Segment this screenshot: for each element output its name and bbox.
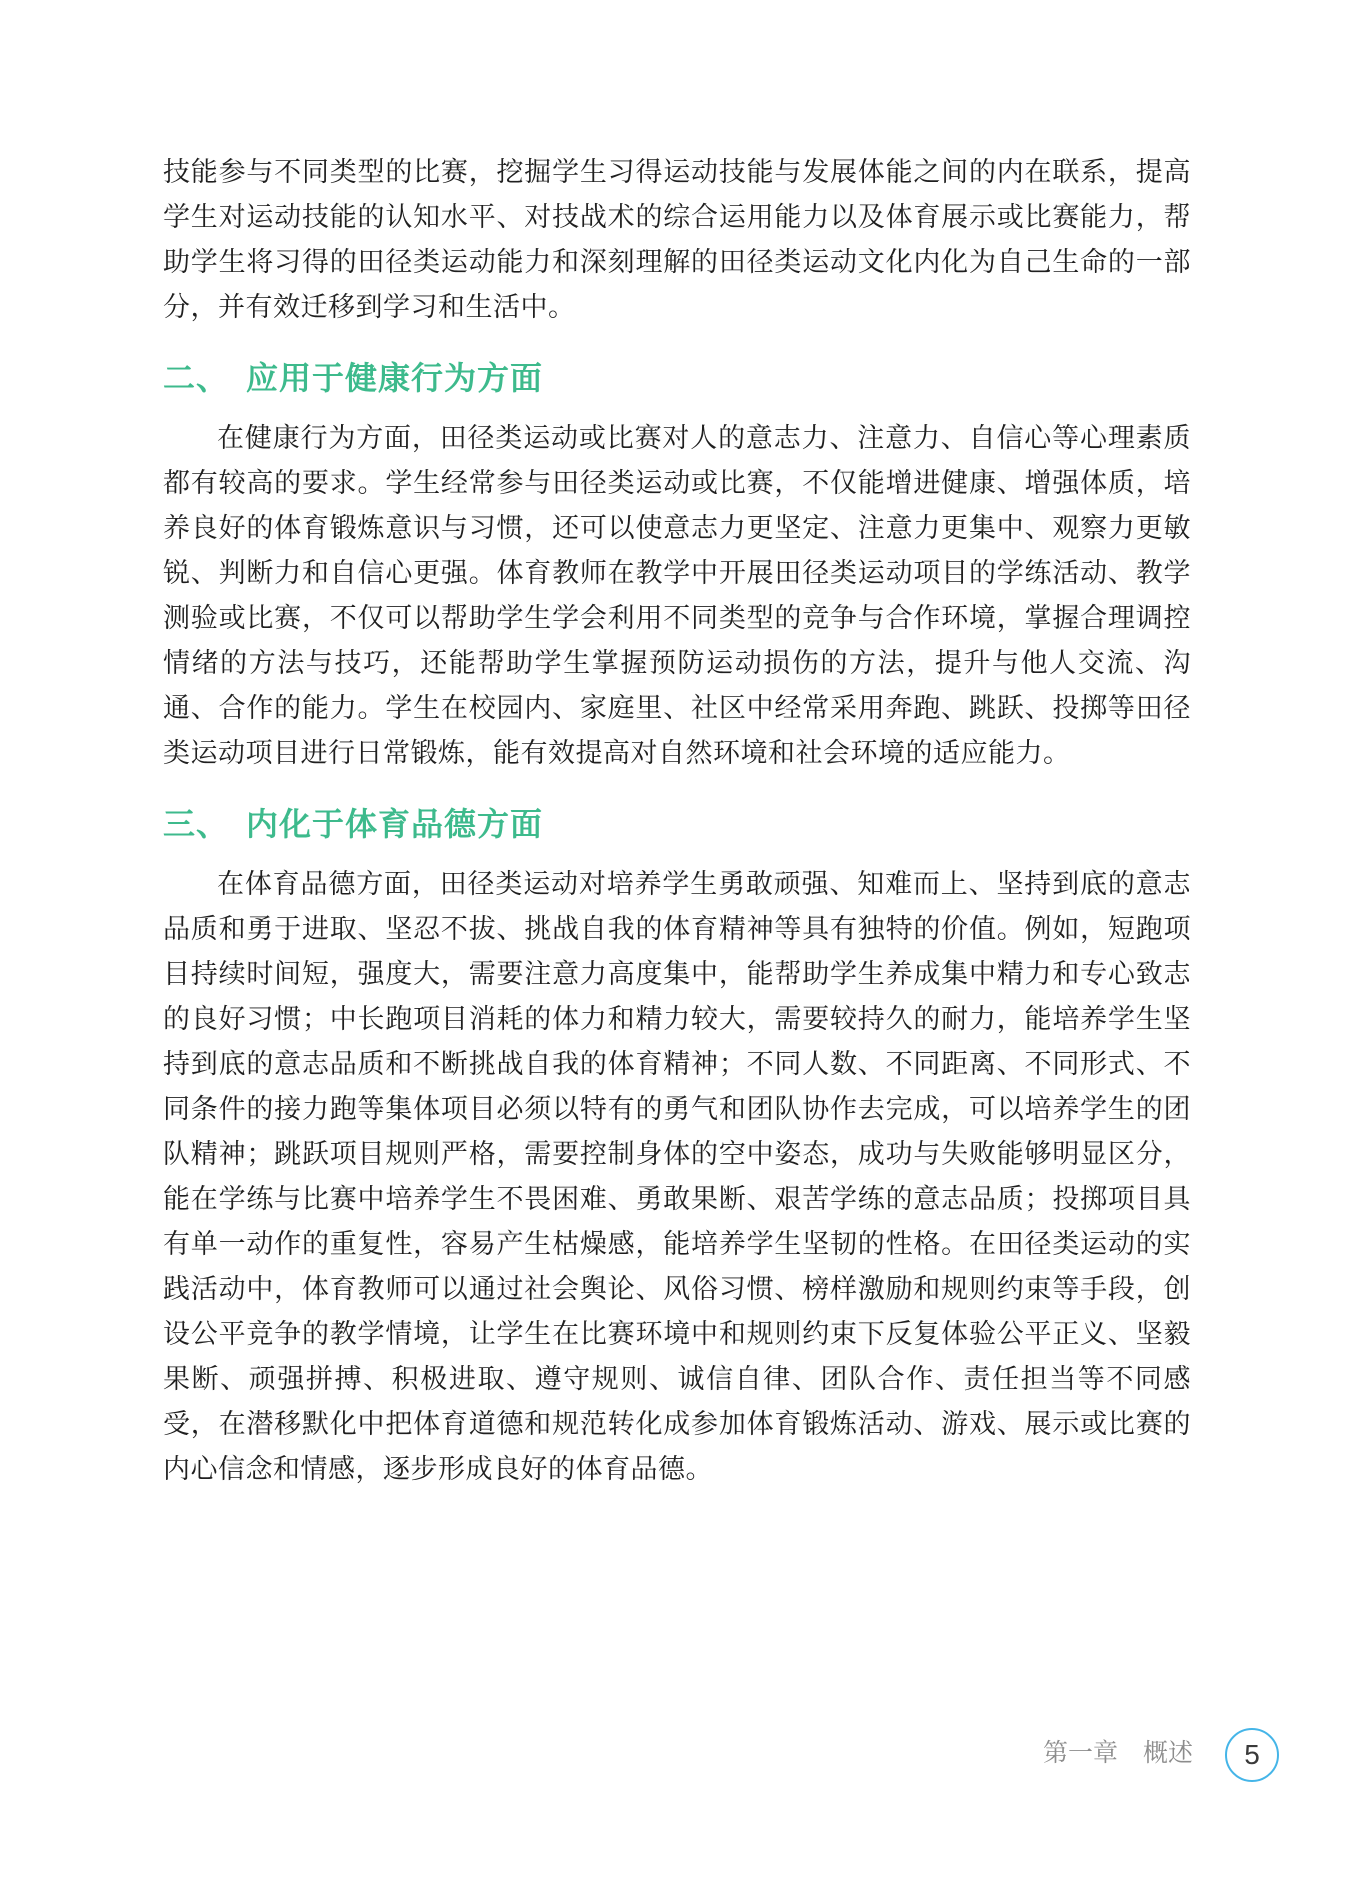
page-number: 5	[1244, 1739, 1260, 1771]
document-page: 技能参与不同类型的比赛，挖掘学生习得运动技能与发展体能之间的内在联系，提高学生对…	[0, 0, 1353, 1884]
page-number-badge: 5	[1225, 1728, 1279, 1782]
footer-chapter-label: 第一章 概述	[1043, 1738, 1193, 1768]
paragraph-continuation: 技能参与不同类型的比赛，挖掘学生习得运动技能与发展体能之间的内在联系，提高学生对…	[163, 150, 1191, 330]
page-content: 技能参与不同类型的比赛，挖掘学生习得运动技能与发展体能之间的内在联系，提高学生对…	[163, 150, 1191, 1492]
paragraph-health-behavior: 在健康行为方面，田径类运动或比赛对人的意志力、注意力、自信心等心理素质都有较高的…	[163, 416, 1191, 776]
section-heading-sports-morality: 三、 内化于体育品德方面	[163, 802, 1191, 846]
paragraph-sports-morality: 在体育品德方面，田径类运动对培养学生勇敢顽强、知难而上、坚持到底的意志品质和勇于…	[163, 862, 1191, 1492]
page-footer: 第一章 概述 5	[0, 1722, 1353, 1802]
section-heading-health-behavior: 二、 应用于健康行为方面	[163, 356, 1191, 400]
